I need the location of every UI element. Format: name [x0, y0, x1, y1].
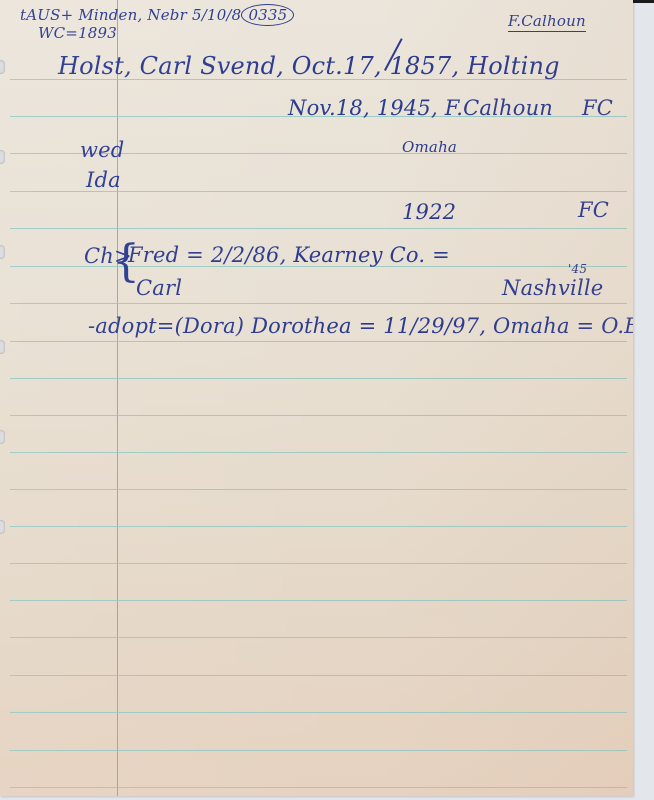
- adopted-line: -adopt=(Dora) Dorothea = 11/29/97, Omaha…: [88, 314, 633, 338]
- ruled-line: [10, 787, 627, 788]
- ruled-line: [10, 378, 627, 379]
- scan-edge-strip: [632, 0, 654, 3]
- binder-hole: [0, 150, 5, 164]
- child-carl-place: Nashville: [502, 276, 603, 300]
- binder-hole: [0, 60, 5, 74]
- ruled-line: [10, 341, 627, 342]
- ruled-line: [10, 526, 627, 527]
- ruled-line: [10, 637, 627, 638]
- signature: F.Calhoun: [508, 12, 586, 32]
- spouse-initials: FC: [578, 198, 609, 222]
- spouse-name: Ida: [86, 168, 121, 192]
- ruled-line: [10, 675, 627, 676]
- red-margin-line: [117, 0, 118, 796]
- ruled-line: [10, 415, 627, 416]
- ruled-line: [10, 563, 627, 564]
- notebook-page: tAUS+ Minden, Nebr 5/10/80335 WC=1893 F.…: [0, 0, 633, 796]
- binder-hole: [0, 520, 5, 534]
- ruled-line: [10, 452, 627, 453]
- signature-wrap: F.Calhoun: [508, 12, 586, 30]
- wc-note: WC=1893: [38, 24, 117, 42]
- death-line: Nov.18, 1945, F.Calhoun: [288, 96, 553, 120]
- wed-label: wed: [80, 138, 124, 162]
- ruled-line: [10, 600, 627, 601]
- spouse-year: 1922: [402, 200, 456, 224]
- location-note-text: tAUS+ Minden, Nebr 5/10/8: [20, 6, 241, 24]
- child-fred: Fred = 2/2/86, Kearney Co. =: [128, 243, 450, 267]
- child-carl-note: '45: [568, 262, 587, 276]
- record-number: 0335: [241, 4, 294, 26]
- ruled-line: [10, 489, 627, 490]
- death-initials: FC: [582, 96, 613, 120]
- name-line: Holst, Carl Svend, Oct.17, 1857, Holting: [58, 52, 560, 80]
- binder-hole: [0, 245, 5, 259]
- child-carl: Carl: [136, 276, 182, 300]
- ruled-line: [10, 712, 627, 713]
- ruled-line: [10, 750, 627, 751]
- binder-hole: [0, 340, 5, 354]
- binder-hole: [0, 430, 5, 444]
- wed-place: Omaha: [402, 138, 457, 156]
- location-note: tAUS+ Minden, Nebr 5/10/80335: [20, 4, 294, 26]
- ruled-line: [10, 303, 627, 304]
- ruled-line: [10, 228, 627, 229]
